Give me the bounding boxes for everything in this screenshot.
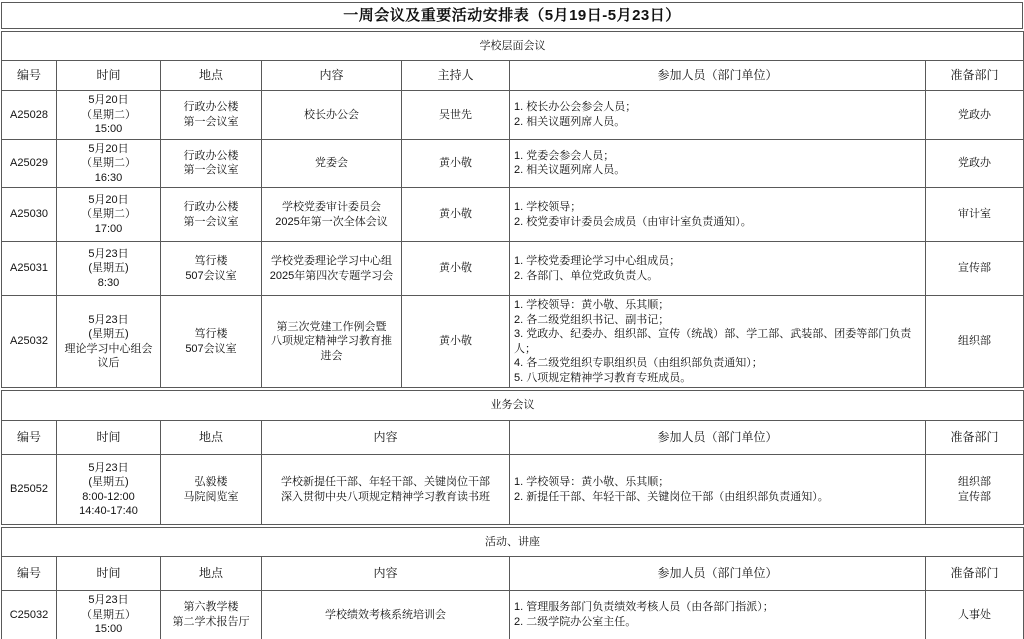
cell-id: C25032	[2, 591, 57, 639]
cell-content: 党委会	[262, 139, 402, 188]
cell-time: 5月23日 (星期五) 理论学习中心组会议后	[57, 296, 161, 388]
cell-participants: 1. 党委会参会人员； 2. 相关议题列席人员。	[510, 139, 926, 188]
cell-content: 学校党委理论学习中心组 2025年第四次专题学习会	[262, 242, 402, 296]
cell-place: 笃行楼 507会议室	[161, 296, 262, 388]
cell-participants: 1. 学校党委理论学习中心组成员； 2. 各部门、单位党政负责人。	[510, 242, 926, 296]
col-header-prep: 准备部门	[926, 557, 1024, 591]
table-row: A25032 5月23日 (星期五) 理论学习中心组会议后 笃行楼 507会议室…	[2, 296, 1024, 388]
cell-time: 5月23日 (星期五) 8:30	[57, 242, 161, 296]
column-header-row: 编号 时间 地点 内容 参加人员（部门单位） 准备部门	[2, 421, 1024, 455]
col-header-id: 编号	[2, 61, 57, 91]
cell-id: A25028	[2, 91, 57, 140]
table-row: A25029 5月20日 （星期二） 16:30 行政办公楼 第一会议室 党委会…	[2, 139, 1024, 188]
cell-host: 黄小敬	[402, 242, 510, 296]
cell-time: 5月20日 （星期二） 17:00	[57, 188, 161, 242]
cell-content: 学校新提任干部、年轻干部、关键岗位干部 深入贯彻中央八项规定精神学习教育读书班	[262, 455, 510, 525]
section-header-row: 学校层面会议	[2, 32, 1024, 61]
table-row: A25030 5月20日 （星期二） 17:00 行政办公楼 第一会议室 学校党…	[2, 188, 1024, 242]
cell-prep: 党政办	[926, 91, 1024, 140]
cell-host: 吴世先	[402, 91, 510, 140]
page-title: 一周会议及重要活动安排表（5月19日-5月23日）	[1, 2, 1023, 29]
column-header-row: 编号 时间 地点 内容 主持人 参加人员（部门单位） 准备部门	[2, 61, 1024, 91]
col-header-place: 地点	[161, 61, 262, 91]
cell-time: 5月20日 （星期二） 16:30	[57, 139, 161, 188]
cell-participants: 1. 校长办公会参会人员； 2. 相关议题列席人员。	[510, 91, 926, 140]
cell-prep: 组织部 宣传部	[926, 455, 1024, 525]
cell-host: 黄小敬	[402, 139, 510, 188]
section-title: 业务会议	[2, 391, 1024, 421]
col-header-prep: 准备部门	[926, 421, 1024, 455]
cell-time: 5月20日 （星期二） 15:00	[57, 91, 161, 140]
section-school-meetings-table: 学校层面会议 编号 时间 地点 内容 主持人 参加人员（部门单位） 准备部门 A…	[1, 31, 1024, 388]
cell-time: 5月23日 (星期五) 8:00-12:00 14:40-17:40	[57, 455, 161, 525]
cell-place: 行政办公楼 第一会议室	[161, 188, 262, 242]
table-row: A25028 5月20日 （星期二） 15:00 行政办公楼 第一会议室 校长办…	[2, 91, 1024, 140]
table-row: C25032 5月23日 （星期五） 15:00 第六教学楼 第二学术报告厅 学…	[2, 591, 1024, 639]
cell-place: 弘毅楼 马院阅览室	[161, 455, 262, 525]
cell-content: 校长办公会	[262, 91, 402, 140]
col-header-time: 时间	[57, 557, 161, 591]
cell-id: A25030	[2, 188, 57, 242]
section-business-meetings-table: 业务会议 编号 时间 地点 内容 参加人员（部门单位） 准备部门 B25052 …	[1, 390, 1024, 525]
cell-prep: 宣传部	[926, 242, 1024, 296]
col-header-time: 时间	[57, 421, 161, 455]
cell-host: 黄小敬	[402, 296, 510, 388]
cell-prep: 组织部	[926, 296, 1024, 388]
col-header-content: 内容	[262, 61, 402, 91]
cell-prep: 人事处	[926, 591, 1024, 639]
col-header-id: 编号	[2, 557, 57, 591]
table-row: B25052 5月23日 (星期五) 8:00-12:00 14:40-17:4…	[2, 455, 1024, 525]
table-row: A25031 5月23日 (星期五) 8:30 笃行楼 507会议室 学校党委理…	[2, 242, 1024, 296]
cell-place: 行政办公楼 第一会议室	[161, 91, 262, 140]
section-title: 活动、讲座	[2, 528, 1024, 557]
section-header-row: 活动、讲座	[2, 528, 1024, 557]
column-header-row: 编号 时间 地点 内容 参加人员（部门单位） 准备部门	[2, 557, 1024, 591]
cell-place: 笃行楼 507会议室	[161, 242, 262, 296]
col-header-time: 时间	[57, 61, 161, 91]
col-header-host: 主持人	[402, 61, 510, 91]
cell-id: A25029	[2, 139, 57, 188]
cell-participants: 1. 管理服务部门负责绩效考核人员（由各部门指派）； 2. 二级学院办公室主任。	[510, 591, 926, 639]
section-activities-lectures-table: 活动、讲座 编号 时间 地点 内容 参加人员（部门单位） 准备部门 C25032…	[1, 527, 1024, 639]
col-header-place: 地点	[161, 557, 262, 591]
section-header-row: 业务会议	[2, 391, 1024, 421]
cell-content: 学校党委审计委员会 2025年第一次全体会议	[262, 188, 402, 242]
cell-place: 行政办公楼 第一会议室	[161, 139, 262, 188]
col-header-id: 编号	[2, 421, 57, 455]
cell-content: 第三次党建工作例会暨 八项规定精神学习教育推进会	[262, 296, 402, 388]
cell-id: A25031	[2, 242, 57, 296]
col-header-participants: 参加人员（部门单位）	[510, 421, 926, 455]
col-header-prep: 准备部门	[926, 61, 1024, 91]
col-header-content: 内容	[262, 421, 510, 455]
cell-participants: 1. 学校领导：黄小敬、乐其顺； 2. 各二级党组织书记、副书记； 3. 党政办…	[510, 296, 926, 388]
cell-prep: 党政办	[926, 139, 1024, 188]
col-header-content: 内容	[262, 557, 510, 591]
cell-participants: 1. 学校领导：黄小敬、乐其顺； 2. 新提任干部、年轻干部、关键岗位干部（由组…	[510, 455, 926, 525]
col-header-place: 地点	[161, 421, 262, 455]
cell-time: 5月23日 （星期五） 15:00	[57, 591, 161, 639]
cell-content: 学校绩效考核系统培训会	[262, 591, 510, 639]
cell-id: B25052	[2, 455, 57, 525]
cell-prep: 审计室	[926, 188, 1024, 242]
cell-id: A25032	[2, 296, 57, 388]
cell-host: 黄小敬	[402, 188, 510, 242]
col-header-participants: 参加人员（部门单位）	[510, 557, 926, 591]
section-title: 学校层面会议	[2, 32, 1024, 61]
cell-place: 第六教学楼 第二学术报告厅	[161, 591, 262, 639]
col-header-participants: 参加人员（部门单位）	[510, 61, 926, 91]
cell-participants: 1. 学校领导； 2. 校党委审计委员会成员（由审计室负责通知）。	[510, 188, 926, 242]
weekly-schedule-sheet: 一周会议及重要活动安排表（5月19日-5月23日） 学校层面会议 编号 时间 地…	[1, 2, 1023, 639]
